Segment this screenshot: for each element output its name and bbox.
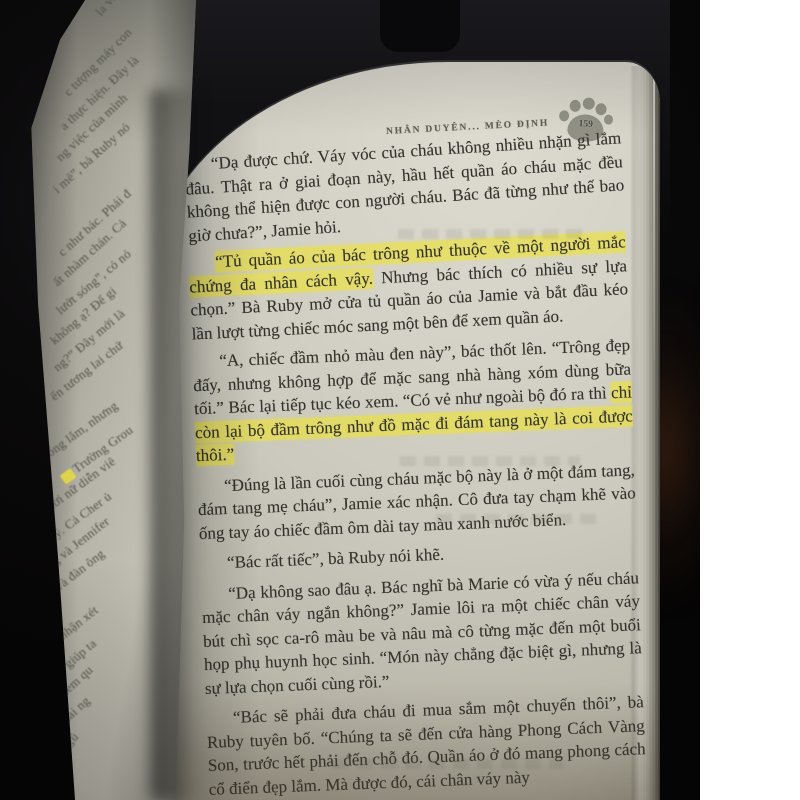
paragraph: “Bác sẽ phải đưa cháu đi mua sắm một chu… — [206, 690, 647, 800]
paragraph: “Dạ được chứ. Váy vóc của cháu không nhi… — [183, 126, 626, 247]
white-margin — [700, 0, 800, 800]
paragraph: “Dạ không sao đâu ạ. Bác nghĩ bà Marie c… — [201, 566, 643, 700]
paragraph: “A, chiếc đầm nhỏ màu đen này”, bác thốt… — [192, 333, 634, 467]
body-text: “Dạ được chứ. Váy vóc của cháu không nhi… — [185, 128, 625, 245]
photo-area: la ví dụ điển hìnhc tượng máy cona thực … — [0, 0, 700, 800]
paragraph: “Tủ quần áo của bác trông như thuộc về m… — [188, 230, 630, 345]
body-text: “Đúng là lần cuối cùng cháu mặc bộ này l… — [198, 460, 636, 543]
paragraph: “Đúng là lần cuối cùng cháu mặc bộ này l… — [197, 458, 637, 545]
page-edge-highlight — [653, 70, 655, 360]
text-block: “Dạ được chứ. Váy vóc của cháu không nhi… — [184, 132, 647, 800]
page-stack-lines — [642, 66, 658, 800]
left-page: la ví dụ điển hìnhc tượng máy cona thực … — [28, 0, 196, 800]
book-photo-screenshot: la ví dụ điển hìnhc tượng máy cona thực … — [0, 0, 800, 800]
body-text: “Dạ không sao đâu ạ. Bác nghĩ bà Marie c… — [202, 568, 642, 698]
background-object — [380, 0, 460, 52]
body-text: “A, chiếc đầm nhỏ màu đen này”, bác thốt… — [193, 335, 631, 418]
body-text: “Bác sẽ phải đưa cháu đi mua sắm một chu… — [207, 692, 646, 798]
body-text: “Bác rất tiếc”, bà Ruby nói khẽ. — [227, 545, 445, 572]
book-page: NHÂN DUYÊN... MÈO ĐỊNH 159 “Dạ được chứ.… — [148, 62, 660, 800]
